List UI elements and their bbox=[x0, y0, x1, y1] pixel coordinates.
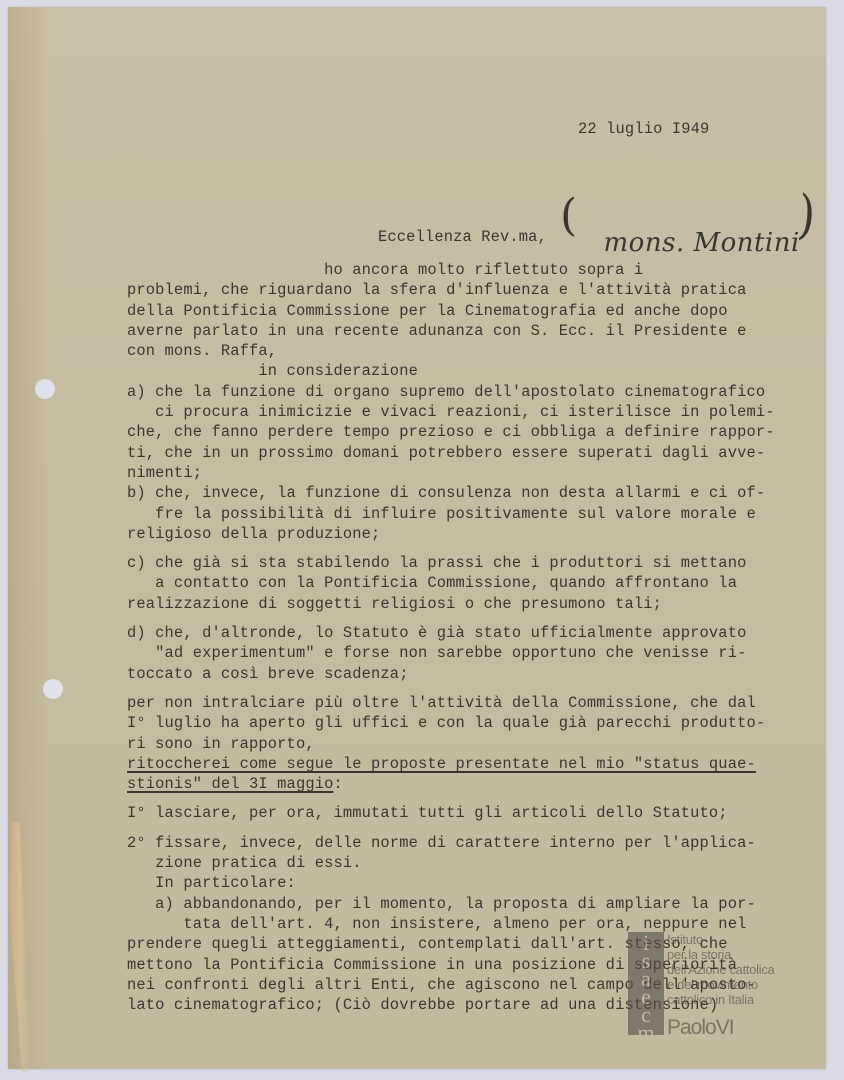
point-line: I° lasciare, per ora, immutati tutti gli… bbox=[127, 803, 775, 823]
body-line: nimenti; bbox=[127, 463, 775, 483]
body-line: "ad experimentum" e forse non sarebbe op… bbox=[127, 643, 775, 663]
isacem-watermark: isaecm Istituto per la storia dell'Azion… bbox=[628, 932, 818, 1042]
punch-hole-bottom bbox=[43, 679, 63, 699]
letter-date: 22 luglio I949 bbox=[578, 119, 709, 139]
underlined-text: stionis" del 3I maggio bbox=[127, 775, 334, 793]
body-line: c) che già si sta stabilendo la prassi c… bbox=[127, 553, 775, 573]
body-line: con mons. Raffa, bbox=[127, 341, 775, 361]
body-line bbox=[127, 544, 775, 553]
watermark-institute-name: Istituto per la storia dell'Azione catto… bbox=[667, 932, 774, 1007]
point-line: a) abbandonando, per il momento, la prop… bbox=[127, 894, 775, 914]
isacem-logo-icon: isaecm bbox=[628, 932, 664, 1035]
body-line: in considerazione bbox=[127, 361, 775, 381]
body-line: a contatto con la Pontificia Commissione… bbox=[127, 573, 775, 593]
body-line: fre la possibilità di influire positivam… bbox=[127, 504, 775, 524]
body-line: problemi, che riguardano la sfera d'infl… bbox=[127, 280, 775, 300]
underlined-tail: : bbox=[334, 775, 343, 793]
point-line: 2° fissare, invece, delle norme di carat… bbox=[127, 833, 775, 853]
handwritten-text: mons. Montini bbox=[604, 228, 800, 258]
body-line: ti, che in un prossimo domani potrebbero… bbox=[127, 443, 775, 463]
body-line bbox=[127, 684, 775, 693]
point-line: zione pratica di essi. bbox=[127, 853, 775, 873]
watermark-brand: PaoloVI bbox=[667, 1016, 734, 1040]
body-line: realizzazione di soggetti religiosi o ch… bbox=[127, 594, 775, 614]
body-line: religioso della produzione; bbox=[127, 524, 775, 544]
body-line: I° luglio ha aperto gli uffici e con la … bbox=[127, 713, 775, 733]
underlined-line: ritoccherei come segue le proposte prese… bbox=[127, 754, 775, 774]
logo-letter: m bbox=[628, 1024, 664, 1042]
body-line: b) che, invece, la funzione di consulenz… bbox=[127, 483, 775, 503]
body-line bbox=[127, 614, 775, 623]
body-line: ci procura inimicizie e vivaci reazioni,… bbox=[127, 402, 775, 422]
body-line: a) che la funzione di organo supremo del… bbox=[127, 382, 775, 402]
underlined-text: ritoccherei come segue le proposte prese… bbox=[127, 755, 756, 773]
point-line bbox=[127, 824, 775, 833]
body-line: della Pontificia Commissione per la Cine… bbox=[127, 301, 775, 321]
body-line: per non intralciare più oltre l'attività… bbox=[127, 693, 775, 713]
handwritten-annotation: mons. Montini bbox=[570, 198, 800, 258]
body-line: d) che, d'altronde, lo Statuto è già sta… bbox=[127, 623, 775, 643]
letter-body: ho ancora molto riflettuto sopra iproble… bbox=[127, 260, 775, 1015]
salutation: Eccellenza Rev.ma, bbox=[378, 227, 547, 247]
body-line: averne parlato in una recente adunanza c… bbox=[127, 321, 775, 341]
body-line: toccato a così breve scadenza; bbox=[127, 664, 775, 684]
point-line: In particolare: bbox=[127, 873, 775, 893]
body-line: ho ancora molto riflettuto sopra i bbox=[127, 260, 775, 280]
point-line bbox=[127, 794, 775, 803]
underlined-line: stionis" del 3I maggio: bbox=[127, 774, 775, 794]
punch-hole-top bbox=[35, 379, 55, 399]
body-line: ri sono in rapporto, bbox=[127, 734, 775, 754]
body-line: che, che fanno perdere tempo prezioso e … bbox=[127, 422, 775, 442]
